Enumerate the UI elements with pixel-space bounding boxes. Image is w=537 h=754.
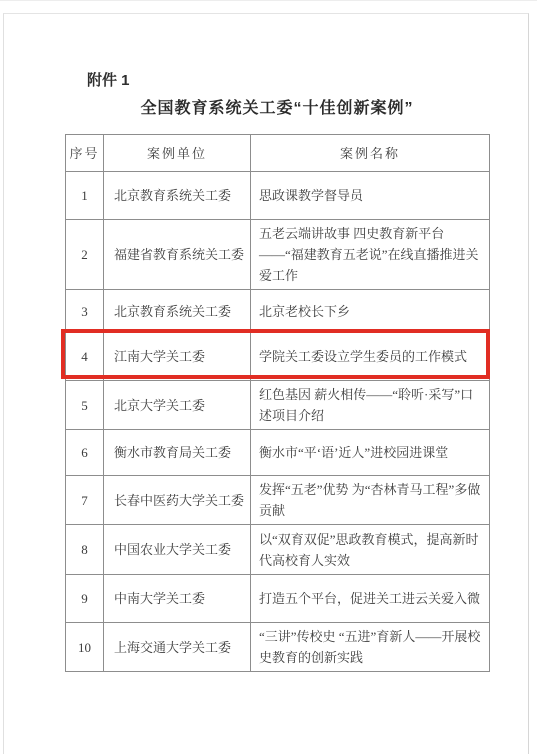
header-cell-unit: 案例单位 — [104, 135, 251, 172]
cell-case-number: 8 — [66, 525, 104, 575]
table-row: 6 衡水市教育局关工委 衡水市“平‘语’近人”进校园进课堂 — [66, 430, 490, 476]
table-row: 9 中南大学关工委 打造五个平台，促进关工进云关爱入微 — [66, 575, 490, 623]
cell-case-name: 学院关工委设立学生委员的工作模式 — [251, 333, 490, 381]
cell-case-number: 9 — [66, 575, 104, 623]
page-title: 全国教育系统关工委“十佳创新案例” — [65, 99, 489, 119]
cell-case-name: 衡水市“平‘语’近人”进校园进课堂 — [251, 430, 490, 476]
cell-case-name: 以“双育双促”思政教育模式，提高新时代高校育人实效 — [251, 525, 490, 575]
cell-case-unit: 长春中医药大学关工委 — [104, 476, 251, 525]
cell-case-name: 红色基因 薪火相传——“聆听·采写”口述项目介绍 — [251, 381, 490, 430]
cases-table-header: 序号 案例单位 案例名称 — [66, 135, 490, 172]
cell-case-name: 思政课教学督导员 — [251, 172, 490, 220]
cases-table-body: 1 北京教育系统关工委 思政课教学督导员 2 福建省教育系统关工委 五老云端讲故… — [66, 172, 490, 672]
attachment-label: 附件 1 — [87, 72, 489, 90]
cell-case-name: 五老云端讲故事 四史教育新平台——“福建教育五老说”在线直播推进关爱工作 — [251, 220, 490, 290]
cases-table: 序号 案例单位 案例名称 1 北京教育系统关工委 思政课教学督导员 2 福建省教… — [65, 134, 490, 672]
table-row: 2 福建省教育系统关工委 五老云端讲故事 四史教育新平台——“福建教育五老说”在… — [66, 220, 490, 290]
table-row: 4 江南大学关工委 学院关工委设立学生委员的工作模式 — [66, 333, 490, 381]
cell-case-number: 2 — [66, 220, 104, 290]
cell-case-unit: 江南大学关工委 — [104, 333, 251, 381]
cell-case-name: “三讲”传校史 “五进”育新人——开展校史教育的创新实践 — [251, 623, 490, 672]
table-row: 8 中国农业大学关工委 以“双育双促”思政教育模式，提高新时代高校育人实效 — [66, 525, 490, 575]
cell-case-name: 北京老校长下乡 — [251, 290, 490, 333]
cell-case-unit: 北京教育系统关工委 — [104, 290, 251, 333]
table-row: 7 长春中医药大学关工委 发挥“五老”优势 为“杏林青马工程”多做贡献 — [66, 476, 490, 525]
cell-case-name: 打造五个平台，促进关工进云关爱入微 — [251, 575, 490, 623]
cell-case-unit: 衡水市教育局关工委 — [104, 430, 251, 476]
cell-case-number: 1 — [66, 172, 104, 220]
cell-case-number: 10 — [66, 623, 104, 672]
table-row: 10 上海交通大学关工委 “三讲”传校史 “五进”育新人——开展校史教育的创新实… — [66, 623, 490, 672]
header-cell-name: 案例名称 — [251, 135, 490, 172]
cell-case-unit: 北京教育系统关工委 — [104, 172, 251, 220]
header-cell-no: 序号 — [66, 135, 104, 172]
cell-case-unit: 北京大学关工委 — [104, 381, 251, 430]
cell-case-number: 4 — [66, 333, 104, 381]
scanned-document-page: 附件 1 全国教育系统关工委“十佳创新案例” 序号 案例单位 案例名称 1 — [0, 0, 537, 754]
header-row: 序号 案例单位 案例名称 — [66, 135, 490, 172]
cell-case-unit: 福建省教育系统关工委 — [104, 220, 251, 290]
cases-table-wrap: 序号 案例单位 案例名称 1 北京教育系统关工委 思政课教学督导员 2 福建省教… — [65, 134, 489, 672]
cell-case-number: 3 — [66, 290, 104, 333]
cell-case-name: 发挥“五老”优势 为“杏林青马工程”多做贡献 — [251, 476, 490, 525]
cell-case-number: 7 — [66, 476, 104, 525]
cell-case-unit: 上海交通大学关工委 — [104, 623, 251, 672]
cell-case-number: 6 — [66, 430, 104, 476]
cell-case-unit: 中国农业大学关工委 — [104, 525, 251, 575]
table-row: 5 北京大学关工委 红色基因 薪火相传——“聆听·采写”口述项目介绍 — [66, 381, 490, 430]
table-row: 1 北京教育系统关工委 思政课教学督导员 — [66, 172, 490, 220]
document-content: 附件 1 全国教育系统关工委“十佳创新案例” 序号 案例单位 案例名称 1 — [65, 72, 489, 672]
cell-case-unit: 中南大学关工委 — [104, 575, 251, 623]
table-row: 3 北京教育系统关工委 北京老校长下乡 — [66, 290, 490, 333]
cell-case-number: 5 — [66, 381, 104, 430]
